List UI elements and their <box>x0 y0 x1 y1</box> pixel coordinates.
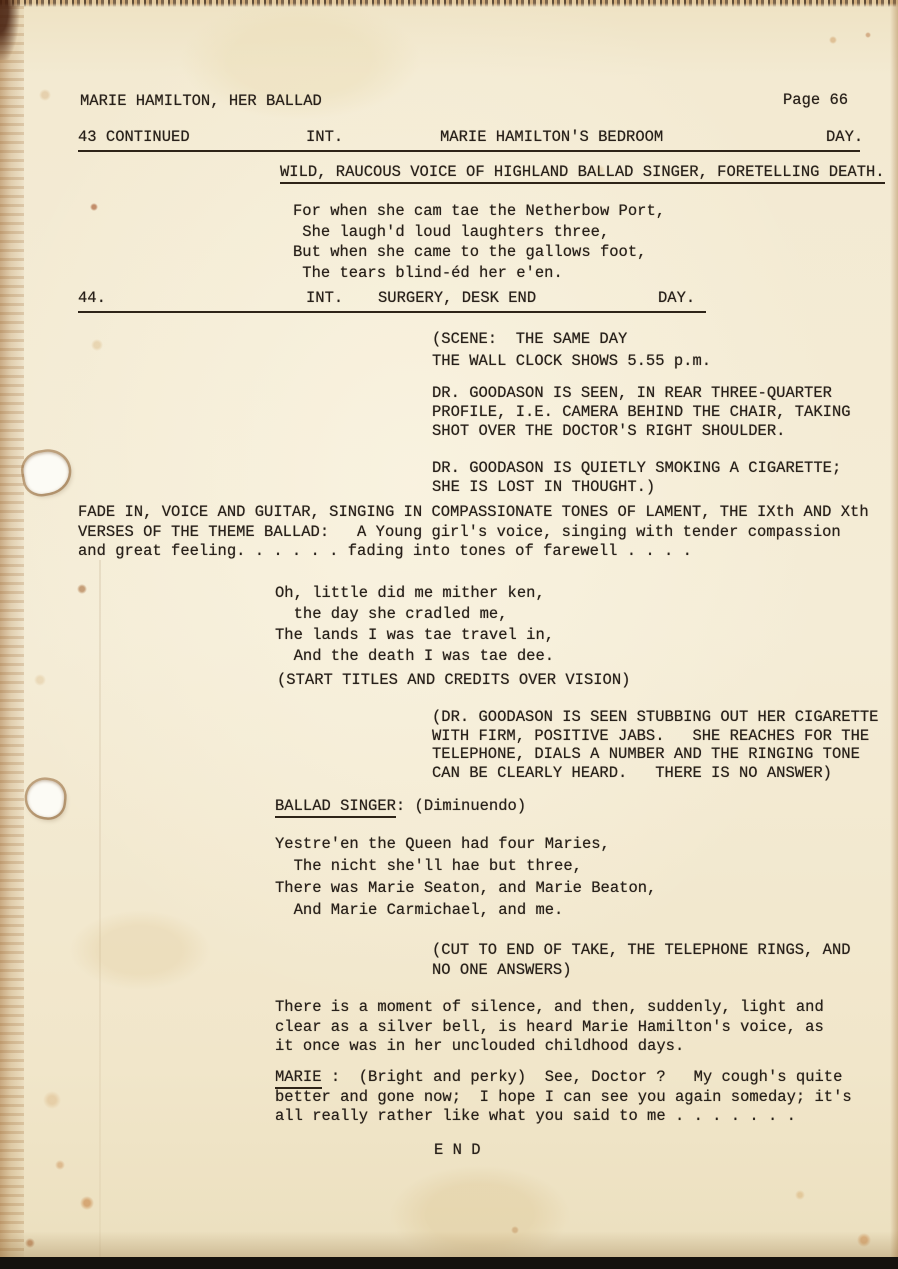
scene-44-int: INT. <box>306 289 343 307</box>
ballad-verse-3: Yestre'en the Queen had four Maries, The… <box>275 833 656 921</box>
scene-44-number: 44. <box>78 289 106 307</box>
titles-credits-note: (START TITLES AND CREDITS OVER VISION) <box>277 671 630 691</box>
ballad-verse-1: For when she cam tae the Netherbow Port,… <box>293 201 665 283</box>
scene-note: (SCENE: THE SAME DAY THE WALL CLOCK SHOW… <box>432 329 711 372</box>
paper-edge-bottom-shadow <box>0 1231 898 1257</box>
stage-direction-stubbing: (DR. GOODASON IS SEEN STUBBING OUT HER C… <box>432 708 878 782</box>
ballad-singer-parenthetical: : (Diminuendo) <box>396 797 526 815</box>
voice-over-slug: WILD, RAUCOUS VOICE OF HIGHLAND BALLAD S… <box>280 163 885 183</box>
ballad-verse-2: Oh, little did me mither ken, the day sh… <box>275 583 554 667</box>
stage-direction-profile: DR. GOODASON IS SEEN, IN REAR THREE-QUAR… <box>432 384 851 441</box>
scene-43-int: INT. <box>306 128 343 146</box>
end-label: E N D <box>434 1141 481 1161</box>
scene-44-location: SURGERY, DESK END <box>378 289 536 307</box>
ballad-singer-cue: BALLAD SINGER: (Diminuendo) <box>275 797 526 817</box>
paper-edge-bottom <box>0 1257 898 1269</box>
speaker-ballad-singer: BALLAD SINGER <box>275 797 396 818</box>
punch-hole-bottom <box>25 778 66 819</box>
voice-over-text: WILD, RAUCOUS VOICE OF HIGHLAND BALLAD S… <box>280 163 885 184</box>
fade-in-direction: FADE IN, VOICE AND GUITAR, SINGING IN CO… <box>78 503 869 562</box>
paper-edge-top <box>0 0 898 7</box>
speaker-marie: MARIE <box>275 1068 322 1089</box>
cut-direction: (CUT TO END OF TAKE, THE TELEPHONE RINGS… <box>432 941 851 980</box>
punch-hole-top <box>21 448 72 496</box>
paper-crease <box>99 560 101 1257</box>
narration: There is a moment of silence, and then, … <box>275 998 824 1057</box>
marie-dialogue-block: MARIE : (Bright and perky) See, Doctor ?… <box>275 1068 852 1127</box>
stage-direction-smoking: DR. GOODASON IS QUIETLY SMOKING A CIGARE… <box>432 459 841 497</box>
scene-44-time: DAY. <box>658 289 695 307</box>
marie-dialogue: : (Bright and perky) See, Doctor ? My co… <box>275 1068 852 1125</box>
scene-43-location: MARIE HAMILTON'S BEDROOM <box>440 128 663 146</box>
paper-edge-left <box>0 0 24 1269</box>
script-page: MARIE HAMILTON, HER BALLAD Page 66 43 CO… <box>0 0 898 1269</box>
paper-edge-right <box>890 0 898 1269</box>
scene-43-heading: 43 CONTINUED INT. MARIE HAMILTON'S BEDRO… <box>78 128 860 152</box>
scene-43-number: 43 CONTINUED <box>78 128 190 146</box>
paper-corner-topleft <box>0 0 20 60</box>
page-header-title: MARIE HAMILTON, HER BALLAD <box>80 92 322 112</box>
scene-44-heading: 44. INT. SURGERY, DESK END DAY. <box>78 289 706 313</box>
scene-43-time: DAY. <box>826 128 863 146</box>
page-number: Page 66 <box>783 91 848 111</box>
